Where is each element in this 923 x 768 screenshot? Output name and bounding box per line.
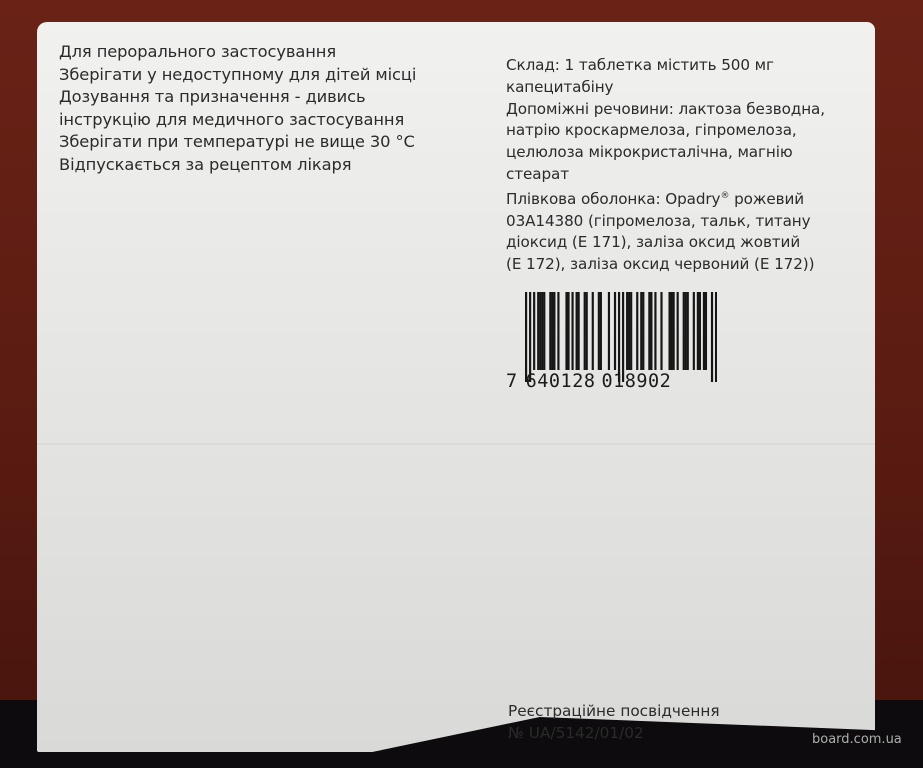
barcode-left-group: 640128 — [526, 371, 596, 392]
barcode-first-digit: 7 — [506, 371, 518, 392]
instruction-line: Відпускається за рецептом лікаря — [59, 154, 479, 177]
composition-line: (Е 172), заліза оксид червоний (Е 172)) — [506, 254, 886, 276]
composition-line: Склад: 1 таблетка містить 500 мг — [506, 55, 886, 77]
box-crease — [37, 443, 875, 445]
instruction-line: Зберігати у недоступному для дітей місці — [59, 64, 479, 87]
coating-color: рожевий — [734, 190, 804, 208]
barcode-right-group: 018902 — [601, 371, 671, 392]
barcode-number: 7640128018902 — [506, 371, 716, 392]
coating-label: Плівкова оболонка: Opadry — [506, 190, 720, 208]
registration-label: Реєстраційне посвідчення — [508, 700, 720, 722]
composition-line: натрію кроскармелоза, гіпромелоза, — [506, 120, 886, 142]
composition-line: капецитабіну — [506, 77, 886, 99]
registration-certificate: Реєстраційне посвідчення № UA/5142/01/02 — [508, 700, 720, 744]
composition-text: Склад: 1 таблетка містить 500 мг капецит… — [506, 55, 886, 276]
registration-number: № UA/5142/01/02 — [508, 722, 720, 744]
composition-line: Допоміжні речовини: лактоза безводна, — [506, 99, 886, 121]
composition-line: діоксид (Е 171), заліза оксид жовтий — [506, 232, 886, 254]
composition-line-coating: Плівкова оболонка: Opadry® рожевий — [506, 186, 886, 211]
composition-line: 03А14380 (гіпромелоза, тальк, титану — [506, 211, 886, 233]
instruction-line: Дозування та призначення - дивись — [59, 86, 479, 109]
storage-instructions: Для перорального застосування Зберігати … — [59, 41, 479, 177]
barcode-icon — [525, 292, 717, 382]
instruction-line: Для перорального застосування — [59, 41, 479, 64]
instruction-line: інструкцію для медичного застосування — [59, 109, 479, 132]
instruction-line: Зберігати при температурі не вище 30 °C — [59, 131, 479, 154]
composition-line: стеарат — [506, 164, 886, 186]
registered-mark: ® — [720, 191, 729, 201]
composition-line: целюлоза мікрокристалічна, магнію — [506, 142, 886, 164]
watermark: board.com.ua — [812, 732, 902, 747]
